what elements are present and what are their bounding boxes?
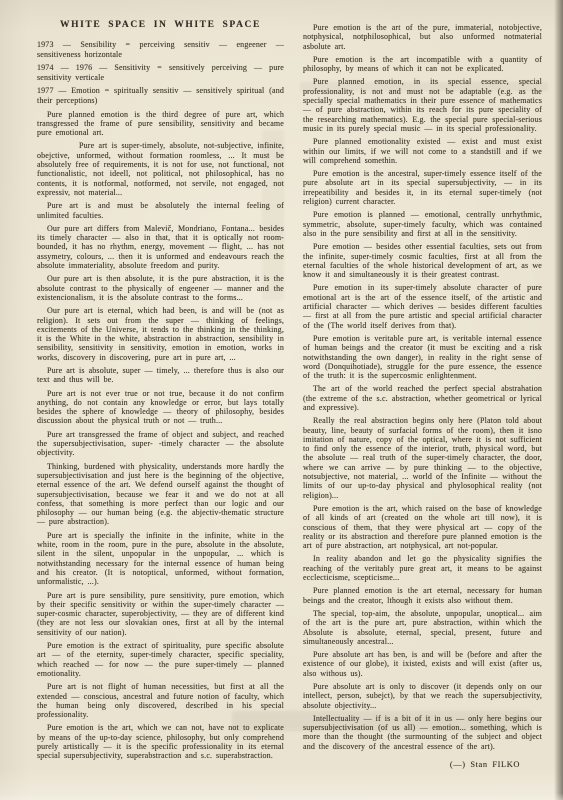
- paragraph: Intellectuality — if is a bit of it in u…: [303, 714, 542, 751]
- paragraph: Pure art is not flight of human necessit…: [37, 682, 284, 719]
- paragraph: Pure planned emotion is the third degree…: [37, 110, 284, 138]
- paragraph: Pure emotion — besides other essential f…: [303, 242, 542, 279]
- paragraph: Pure emotion is the art of the pure, imm…: [303, 23, 542, 51]
- left-paragraphs: 1973 — Sensibility = perceiving sensitiv…: [37, 40, 284, 760]
- paragraph: Pure art is absolute, super — timely, ..…: [37, 366, 284, 385]
- page-title: WHITE SPACE IN WHITE SPACE: [37, 21, 284, 30]
- paragraph: Pure absolute art is only to discover (i…: [303, 682, 542, 710]
- document-page: WHITE SPACE IN WHITE SPACE 1973 — Sensib…: [0, 0, 563, 800]
- author-signature: (—) Stan FILKO: [303, 760, 542, 769]
- paragraph: Pure art is pure sensibility, pure sensi…: [37, 591, 284, 637]
- paragraph: Pure emotion is planned — emotional, cen…: [303, 210, 542, 238]
- paragraph: Pure absolute art has ben, is and will b…: [303, 650, 542, 678]
- right-paragraphs: Pure emotion is the art of the pure, imm…: [303, 23, 542, 751]
- paragraph: Our pure art is eternal, which had been,…: [37, 306, 284, 362]
- paragraph: Pure art is and must be absolutely the i…: [37, 201, 284, 220]
- paragraph: 1973 — Sensibility = perceiving sensitiv…: [37, 40, 284, 59]
- paragraph: Pure emotion is the art, which we can no…: [37, 723, 284, 760]
- paragraph: Thinking, burdened with physicality, und…: [37, 462, 284, 527]
- paragraph: Pure emotion in its super-timely absolut…: [303, 283, 542, 329]
- paragraph: Really the real abstraction begins only …: [303, 416, 542, 500]
- scan-edge-bottom: [0, 793, 563, 800]
- paragraph: Pure planned emotionality existed — exis…: [303, 137, 542, 165]
- scan-edge-shadow: [554, 0, 563, 800]
- left-column: WHITE SPACE IN WHITE SPACE 1973 — Sensib…: [37, 21, 284, 800]
- paragraph: In reality abandon and let go the physic…: [303, 554, 542, 582]
- paragraph: The art of the world reached the perfect…: [303, 384, 542, 412]
- paragraph: Pure emotion is the extract of spiritual…: [37, 641, 284, 678]
- paragraph: Pure planned emotion is the art eternal,…: [303, 586, 542, 605]
- paragraph: Pure art transgressed the frame of objec…: [37, 430, 284, 458]
- paragraph: Our pure art differs from Malevič, Mondr…: [37, 224, 284, 270]
- paragraph: Pure art is specially the infinite in th…: [37, 531, 284, 587]
- paragraph: The special, top-aim, the absolute, unpo…: [303, 609, 542, 646]
- paragraph: 1977 — Emotion = spiritually sensitiv — …: [37, 86, 284, 105]
- paragraph: Our pure art is then absolute, it is the…: [37, 274, 284, 302]
- paragraph: Pure emotion is the art incompatible wit…: [303, 55, 542, 74]
- paragraph: Pure planned emotion, in its special ess…: [303, 77, 542, 133]
- paragraph: Pure art is super-timely, absolute, not-…: [37, 141, 284, 197]
- paragraph: Pure art is not ever true or not true, b…: [37, 389, 284, 426]
- paragraph: Pure emotion is the art, which raised on…: [303, 504, 542, 550]
- paragraph: Pure emotion is veritable pure art, is v…: [303, 334, 542, 380]
- right-column: Pure emotion is the art of the pure, imm…: [303, 21, 542, 800]
- paragraph: Pure emotion is the ancestral, super-tim…: [303, 169, 542, 206]
- paragraph: 1974 — 1976 — Sensitivity = sensitively …: [37, 63, 284, 82]
